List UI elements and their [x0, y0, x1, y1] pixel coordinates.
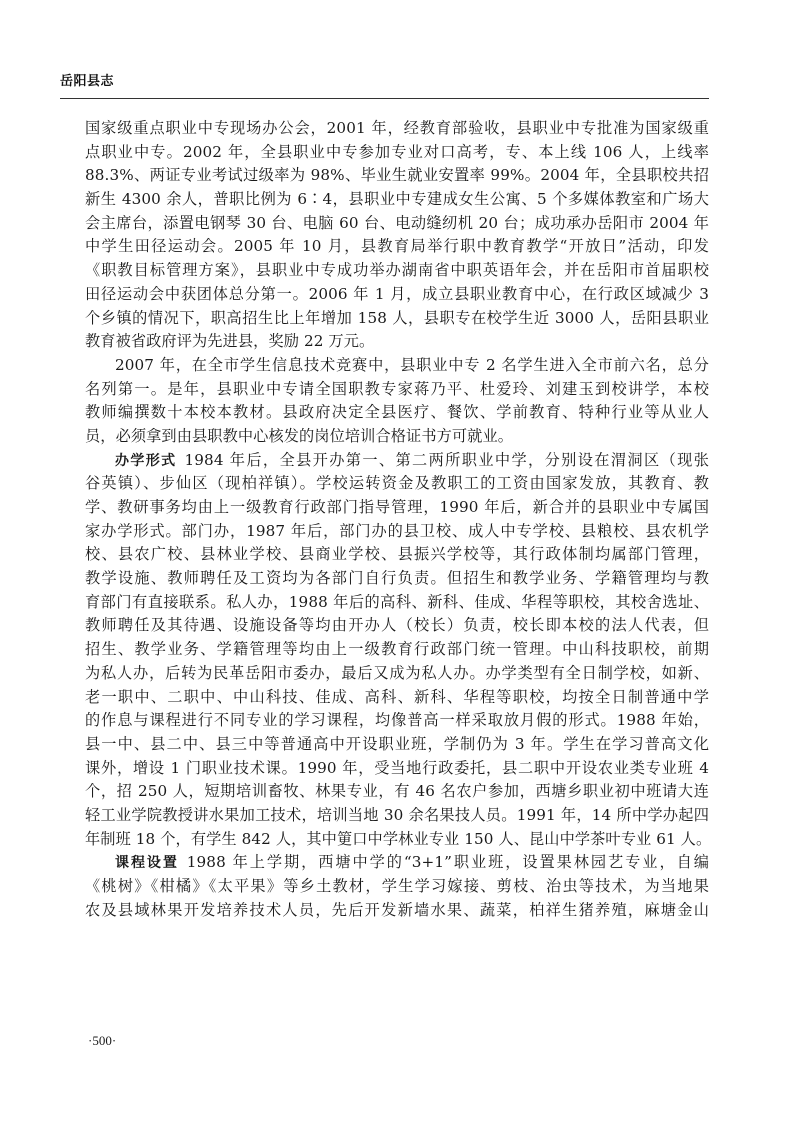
text-line: 点职业中专。2002 年，全县职业中专参加专业对口高考，专、本上线 106 人，…	[85, 141, 709, 165]
text-line: 会主席台，添置电钢琴 30 台、电脑 60 台、电动缝纫机 20 台；成功承办岳…	[85, 212, 709, 236]
text-line: 2007 年，在全市学生信息技术竞赛中，县职业中专 2 名学生进入全市前六名，总…	[85, 354, 709, 378]
text-span: 1988 年上学期，西塘中学的“3+1”职业班，设置果林园艺专业，自编	[187, 853, 709, 871]
section-heading-curriculum: 课程设置	[115, 855, 179, 871]
text-line: 办学形式1984 年后，全县开办第一、第二两所职业中学，分别设在渭洞区（现张	[85, 449, 709, 473]
text-line: 田径运动会中获团体总分第一。2006 年 1 月，成立县职业教育中心，在行政区域…	[85, 283, 709, 307]
text-line: 新生 4300 余人，普职比例为 6∶4，县职业中专建成女生公寓、5 个多媒体教…	[85, 188, 709, 212]
text-line: 教师编撰数十本校本教材。县政府决定全县医疗、餐饮、学前教育、特种行业等从业人	[85, 401, 709, 425]
text-line: 年制班 18 个，有学生 842 人，其中筻口中学林业专业 150 人、昆山中学…	[85, 828, 709, 852]
text-line: 课程设置1988 年上学期，西塘中学的“3+1”职业班，设置果林园艺专业，自编	[85, 851, 709, 875]
page-number: ·500·	[88, 1033, 116, 1049]
text-line: 教学设施、教师聘任及工资均为各部门自行负责。但招生和教学业务、学籍管理均与教	[85, 567, 709, 591]
text-span: 1984 年后，全县开办第一、第二两所职业中学，分别设在渭洞区（现张	[185, 451, 709, 469]
text-line: 中学生田径运动会。2005 年 10 月，县教育局举行职中教育教学“开放日”活动…	[85, 235, 709, 259]
text-line: 教育被省政府评为先进县，奖励 22 万元。	[85, 330, 709, 354]
section-heading-school-forms: 办学形式	[115, 453, 177, 469]
text-line: 国家级重点职业中专现场办公会，2001 年，经教育部验收，县职业中专批准为国家级…	[85, 117, 709, 141]
text-line: 老一职中、二职中、中山科技、佳成、高科、新科、华程等职校，均按全日制普通中学	[85, 686, 709, 710]
text-line: 名列第一。是年，县职业中专请全国职教专家蒋乃平、杜爱玲、刘建玉到校讲学，本校	[85, 378, 709, 402]
text-line: 轻工业学院教授讲水果加工技术，培训当地 30 余名果技人员。1991 年，14 …	[85, 804, 709, 828]
text-line: 招生、教学业务、学籍管理等均由上一级教育行政部门统一管理。中山科技职校，前期	[85, 638, 709, 662]
running-head-title: 岳阳县志	[60, 70, 114, 89]
body-text: 国家级重点职业中专现场办公会，2001 年，经教育部验收，县职业中专批准为国家级…	[85, 117, 709, 922]
text-line: 学、教研事务均由上一级教育行政部门指导管理，1990 年后，新合并的县职业中专属…	[85, 496, 709, 520]
text-line: 谷英镇）、步仙区（现柏祥镇）。学校运转资金及教职工的工资由国家发放，其教育、教	[85, 472, 709, 496]
text-line: 农及县域林果开发培养技术人员，先后开发新墙水果、蔬菜，柏祥生猪养殖，麻塘金山	[85, 899, 709, 923]
text-line: 为私人办，后转为民革岳阳市委办，最后又成为私人办。办学类型有全日制学校，如新、	[85, 662, 709, 686]
text-line: 育部门有直接联系。私人办，1988 年后的高科、新科、佳成、华程等职校，其校舍选…	[85, 591, 709, 615]
text-line: 88.3%、两证专业考试过级率为 98%、毕业生就业安置率 99%。2004 年…	[85, 164, 709, 188]
header-rule	[60, 98, 709, 99]
text-line: 个乡镇的情况下，职高招生比上年增加 158 人，县职专在校学生近 3000 人，…	[85, 307, 709, 331]
text-line: 家办学形式。部门办，1987 年后，部门办的县卫校、成人中专学校、县粮校、县农机…	[85, 520, 709, 544]
text-line: 校、县农广校、县林业学校、县商业学校、县振兴学校等，其行政体制均属部门管理，	[85, 543, 709, 567]
text-line: 《桃树》《柑橘》《太平果》等乡土教材，学生学习嫁接、剪枝、治虫等技术，为当地果	[85, 875, 709, 899]
text-line: 《职教目标管理方案》，县职业中专成功举办湖南省中职英语年会，并在岳阳市首届职校	[85, 259, 709, 283]
text-line: 的作息与课程进行不同专业的学习课程，均像普高一样采取放月假的形式。1988 年始…	[85, 709, 709, 733]
text-line: 课外，增设 1 门职业技术课。1990 年，受当地行政委托，县二职中开设农业类专…	[85, 757, 709, 781]
text-line: 县一中、县二中、县三中等普通高中开设职业班，学制仍为 3 年。学生在学习普高文化	[85, 733, 709, 757]
text-line: 员，必须拿到由县职教中心核发的岗位培训合格证书方可就业。	[85, 425, 709, 449]
text-line: 教师聘任及其待遇、设施设备等均由开办人（校长）负责，校长即本校的法人代表，但	[85, 614, 709, 638]
text-line: 个，招 250 人，短期培训畜牧、林果专业，有 46 名农户参加，西塘乡职业初中…	[85, 780, 709, 804]
